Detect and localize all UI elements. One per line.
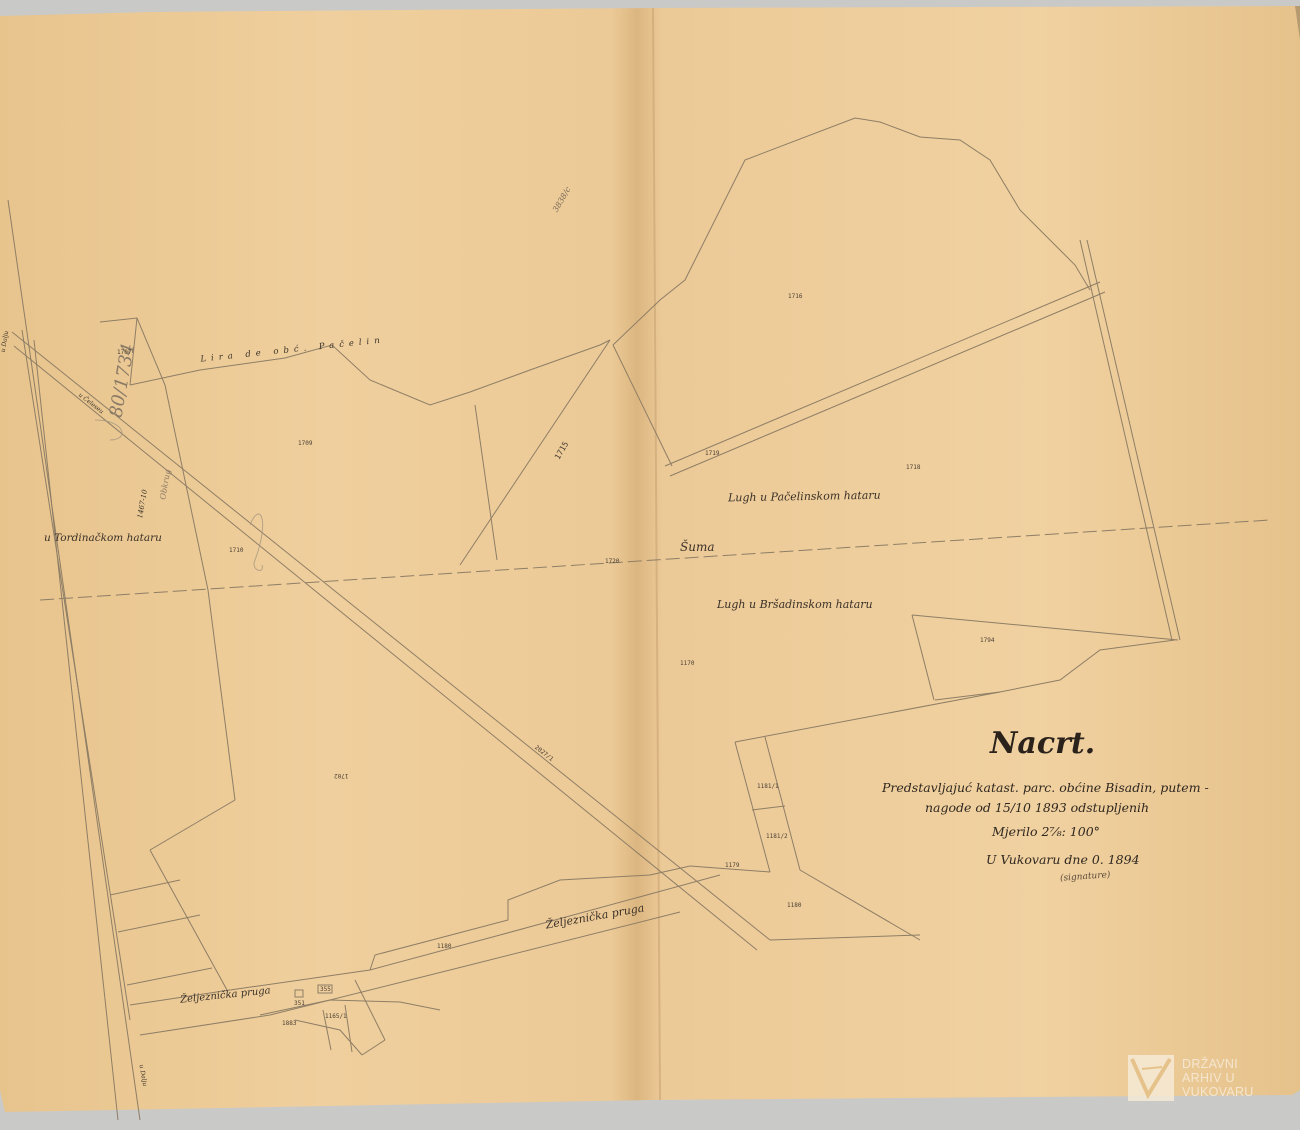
label-field-brsadin: Lugh u Bršadinskom hataru (717, 598, 873, 611)
parcel-label: 1165/1 (325, 1013, 347, 1020)
parcel-label: 1181/2 (766, 833, 788, 840)
parcel-label: 1180 (437, 943, 451, 950)
parcel-label: 1710 (229, 547, 243, 554)
parcel-label: 1702 (334, 772, 348, 779)
parcel-label: 1883 (282, 1020, 296, 1027)
parcel-label: 1170 (680, 660, 694, 667)
watermark-line-1: DRŽAVNI (1182, 1057, 1254, 1071)
label-forest: Šuma (680, 540, 714, 554)
parcel-label: 1180 (787, 902, 801, 909)
parcel-label: 1179 (725, 862, 739, 869)
parcel-label: 355 (320, 986, 331, 993)
legend-line-2: nagode od 15/10 1893 odstupljenih (925, 800, 1149, 815)
parcel-label: 1181/1 (757, 783, 779, 790)
parcel-label: 1719 (705, 450, 719, 457)
paper-background (0, 6, 1300, 1112)
archive-name: DRŽAVNI ARHIV U VUKOVARU (1182, 1057, 1254, 1099)
parcel-label: 1716 (788, 293, 802, 300)
archive-logo-icon (1128, 1055, 1174, 1101)
archive-watermark: DRŽAVNI ARHIV U VUKOVARU (1128, 1055, 1254, 1101)
parcel-label: 1794 (980, 637, 994, 644)
parcel-label: 1720 (605, 558, 619, 565)
parcel-label: 1709 (298, 440, 312, 447)
label-field-pacelin: Lugh u Pačelinskom hataru (728, 489, 881, 505)
legend-scale: Mjerilo 2⅞: 100° (992, 824, 1100, 839)
map-sheet (0, 0, 1300, 1130)
watermark-line-3: VUKOVARU (1182, 1085, 1254, 1099)
legend-line-1: Predstavljajuć katast. parc. obćine Bisa… (882, 780, 1209, 795)
parcel-label: 351 (294, 1000, 305, 1007)
parcel-label: 1707 (117, 349, 131, 356)
legend-place-date: U Vukovaru dne 0. 1894 (986, 852, 1140, 867)
watermark-line-2: ARHIV U (1182, 1071, 1254, 1085)
map-title: Nacrt. (990, 726, 1095, 761)
label-west-area: u Tordinačkom hataru (44, 532, 162, 544)
parcel-label: 1718 (906, 464, 920, 471)
